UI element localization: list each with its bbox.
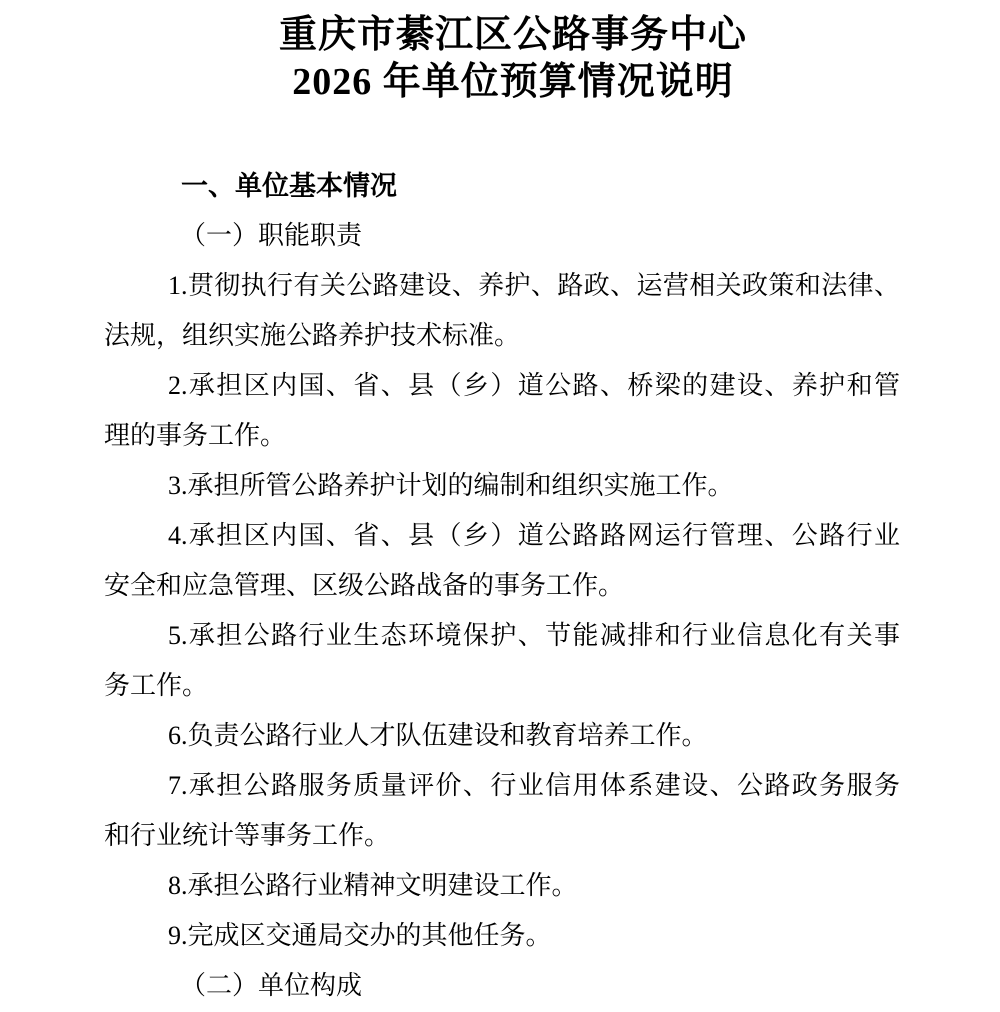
text-line: 7.承担公路服务质量评价、行业信用体系建设、公路政务服务 [104, 761, 900, 811]
title-line-2: 2026 年单位预算情况说明 [13, 59, 1000, 106]
text-line: 3.承担所管公路养护计划的编制和组织实施工作。 [104, 461, 900, 511]
text-line: （一）职能职责 [104, 211, 900, 261]
text-line: 9.完成区交通局交办的其他任务。 [104, 911, 900, 961]
text-line: 2.承担区内国、省、县（乡）道公路、桥梁的建设、养护和管 [104, 361, 900, 411]
text-line: 8.承担公路行业精神文明建设工作。 [104, 861, 900, 911]
document-body: 一、单位基本情况（一）职能职责1.贯彻执行有关公路建设、养护、路政、运营相关政策… [104, 161, 900, 1011]
title-line-1: 重庆市綦江区公路事务中心 [13, 12, 1000, 59]
text-line: 和行业统计等事务工作。 [104, 811, 900, 861]
text-line: 6.负责公路行业人才队伍建设和教育培养工作。 [104, 711, 900, 761]
text-line: 理的事务工作。 [104, 411, 900, 461]
text-line: 安全和应急管理、区级公路战备的事务工作。 [104, 561, 900, 611]
text-line: 5.承担公路行业生态环境保护、节能减排和行业信息化有关事 [104, 611, 900, 661]
text-line: 务工作。 [104, 661, 900, 711]
text-line: 一、单位基本情况 [104, 161, 900, 211]
document-title: 重庆市綦江区公路事务中心 2026 年单位预算情况说明 [13, 0, 1000, 106]
document-page: 重庆市綦江区公路事务中心 2026 年单位预算情况说明 一、单位基本情况（一）职… [0, 0, 1000, 1012]
text-line: 法规，组织实施公路养护技术标准。 [104, 311, 900, 361]
text-line: 4.承担区内国、省、县（乡）道公路路网运行管理、公路行业 [104, 511, 900, 561]
text-line: （二）单位构成 [104, 961, 900, 1011]
text-line: 1.贯彻执行有关公路建设、养护、路政、运营相关政策和法律、 [104, 261, 900, 311]
